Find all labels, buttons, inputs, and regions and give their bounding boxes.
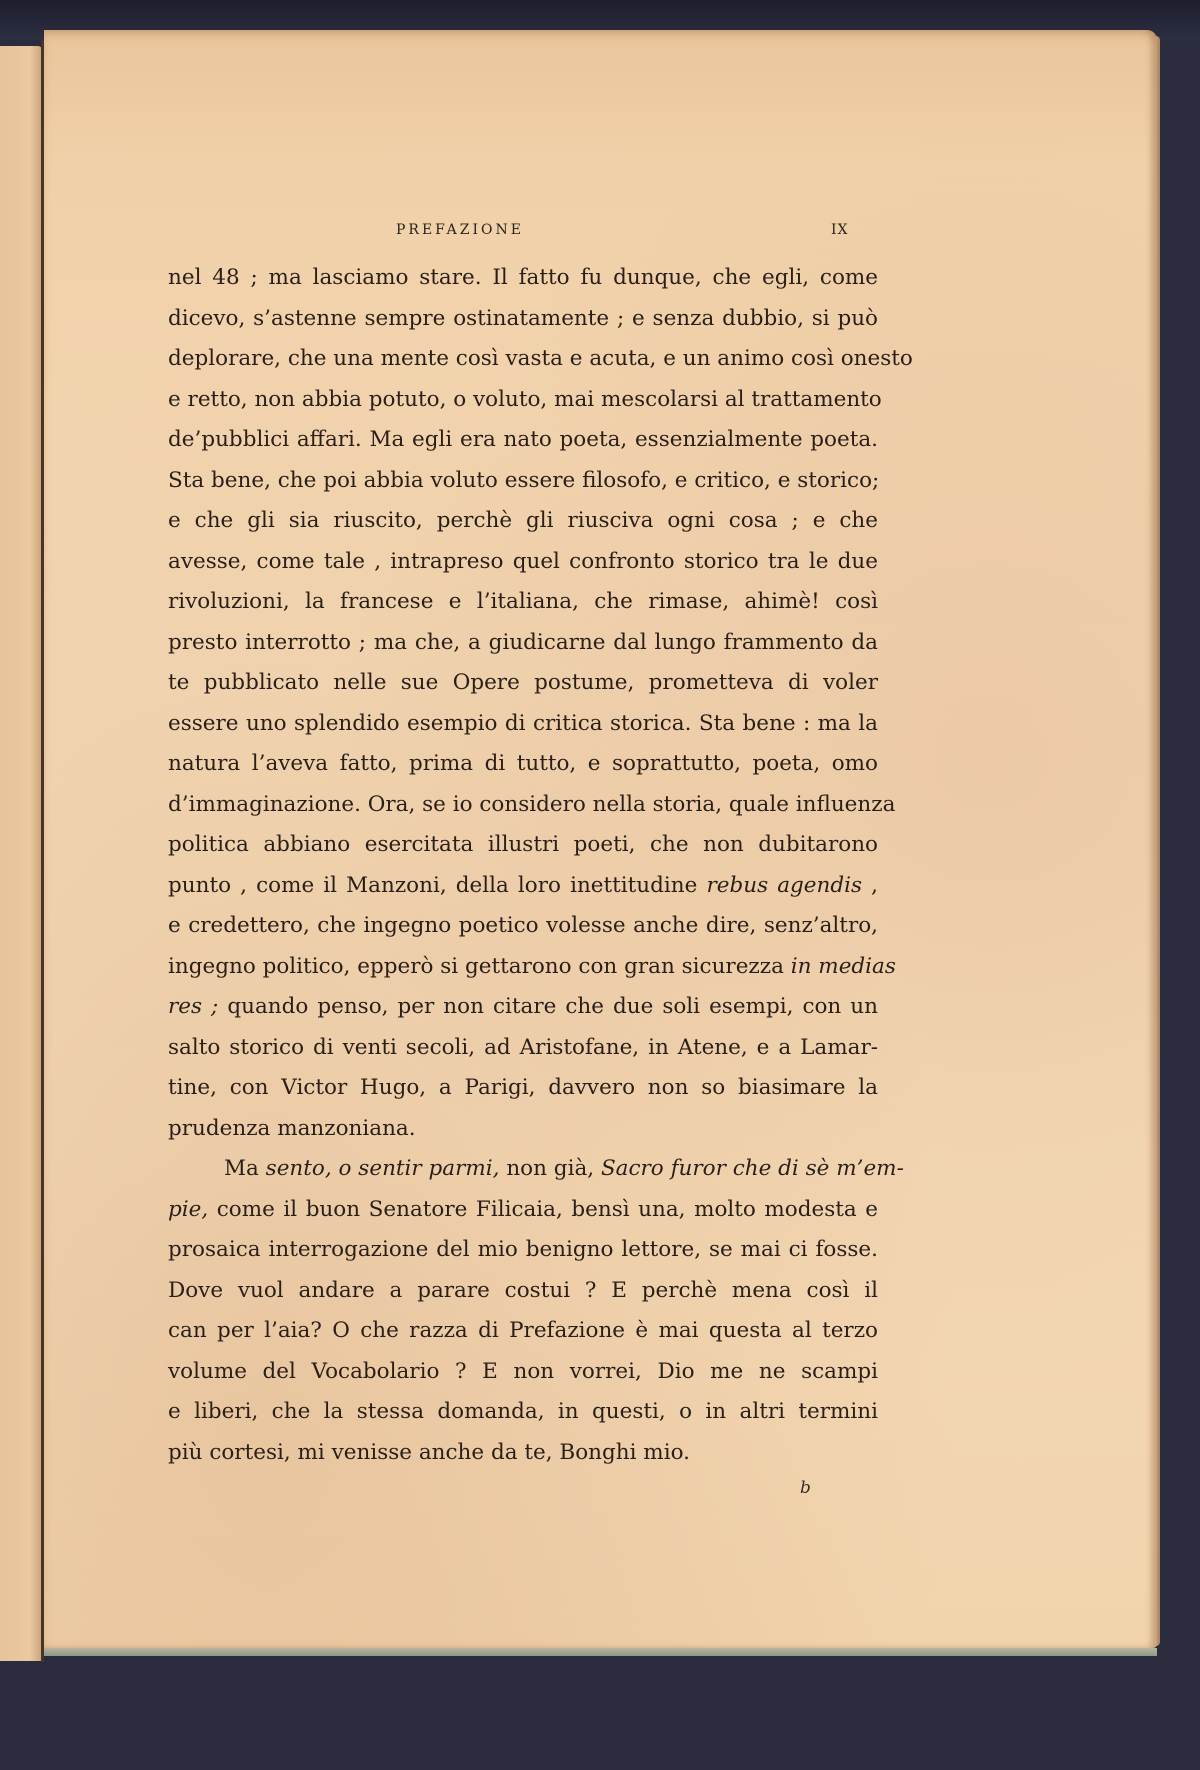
text-italic: Sacro furor che di sè m’em-	[601, 1156, 904, 1181]
text-line: politica abbiano esercitata illustri poe…	[168, 825, 878, 866]
text-italic: in medias	[791, 954, 896, 979]
text-line: Sta bene, che poi abbia voluto essere fi…	[168, 461, 878, 502]
text-line: res ; quando penso, per non citare che d…	[168, 987, 878, 1028]
paragraph-start-line: Ma sento, o sentir parmi, non già, Sacro…	[168, 1149, 878, 1190]
text-line: avesse, come tale , intrapreso quel conf…	[168, 542, 878, 583]
text-line: e liberi, che la stessa domanda, in ques…	[168, 1392, 878, 1433]
text-line: più cortesi, mi venisse anche da te, Bon…	[168, 1433, 878, 1474]
text-italic: sento, o sentir parmi,	[266, 1156, 500, 1181]
text-roman: come il buon Senatore Filicaia, bensì un…	[208, 1197, 878, 1222]
text-line: d’immaginazione. Ora, se io considero ne…	[168, 785, 878, 826]
facing-page-edge	[0, 46, 42, 1661]
text-roman: quando penso, per non citare che due sol…	[218, 994, 878, 1019]
text-line: salto storico di venti secoli, ad Aristo…	[168, 1028, 878, 1069]
text-line: e credettero, che ingegno poetico voless…	[168, 906, 878, 947]
text-italic: res ;	[168, 994, 218, 1019]
text-line: e retto, non abbia potuto, o voluto, mai…	[168, 380, 878, 421]
body-text: nel 48 ; ma lasciamo stare. Il fatto fu …	[168, 258, 878, 1473]
text-line: te pubblicato nelle sue Opere postume, p…	[168, 663, 878, 704]
text-line: e che gli sia riuscito, perchè gli riusc…	[168, 501, 878, 542]
text-line: nel 48 ; ma lasciamo stare. Il fatto fu …	[168, 258, 878, 299]
text-line: essere uno splendido esempio di critica …	[168, 704, 878, 745]
text-roman: non già,	[500, 1156, 601, 1181]
text-line: rivoluzioni, la francese e l’italiana, c…	[168, 582, 878, 623]
text-roman: ,	[862, 873, 878, 898]
text-line: prosaica interrogazione del mio benigno …	[168, 1230, 878, 1271]
running-title: PREFAZIONE	[396, 222, 524, 238]
text-line: ingegno politico, epperò si gettarono co…	[168, 947, 878, 988]
text-line: dicevo, s’astenne sempre ostinatamente ;…	[168, 299, 878, 340]
text-italic: rebus agendis	[706, 873, 862, 898]
text-line: presto interrotto ; ma che, a giudicarne…	[168, 623, 878, 664]
text-line: Dove vuol andare a parare costui ? E per…	[168, 1271, 878, 1312]
page-number: IX	[831, 222, 849, 238]
text-line: tine, con Victor Hugo, a Parigi, davvero…	[168, 1068, 878, 1109]
text-roman: ingegno politico, epperò si gettarono co…	[168, 954, 791, 979]
text-line: de’pubblici affari. Ma egli era nato poe…	[168, 420, 878, 461]
text-italic: pie,	[168, 1197, 208, 1222]
text-line: prudenza manzoniana.	[168, 1109, 878, 1150]
text-line: volume del Vocabolario ? E non vorrei, D…	[168, 1352, 878, 1393]
text-line: punto , come il Manzoni, della loro inet…	[168, 866, 878, 907]
signature-mark: b	[800, 1478, 811, 1498]
book-page: PREFAZIONE IX nel 48 ; ma lasciamo stare…	[44, 30, 1157, 1648]
text-roman: punto , come il Manzoni, della loro inet…	[168, 873, 706, 898]
text-line: deplorare, che una mente così vasta e ac…	[168, 339, 878, 380]
text-line: pie, come il buon Senatore Filicaia, ben…	[168, 1190, 878, 1231]
text-line: can per l’aia? O che razza di Prefazione…	[168, 1311, 878, 1352]
page-bottom-edge	[44, 1648, 1157, 1656]
text-roman: Ma	[224, 1156, 266, 1181]
text-line: natura l’aveva fatto, prima di tutto, e …	[168, 744, 878, 785]
